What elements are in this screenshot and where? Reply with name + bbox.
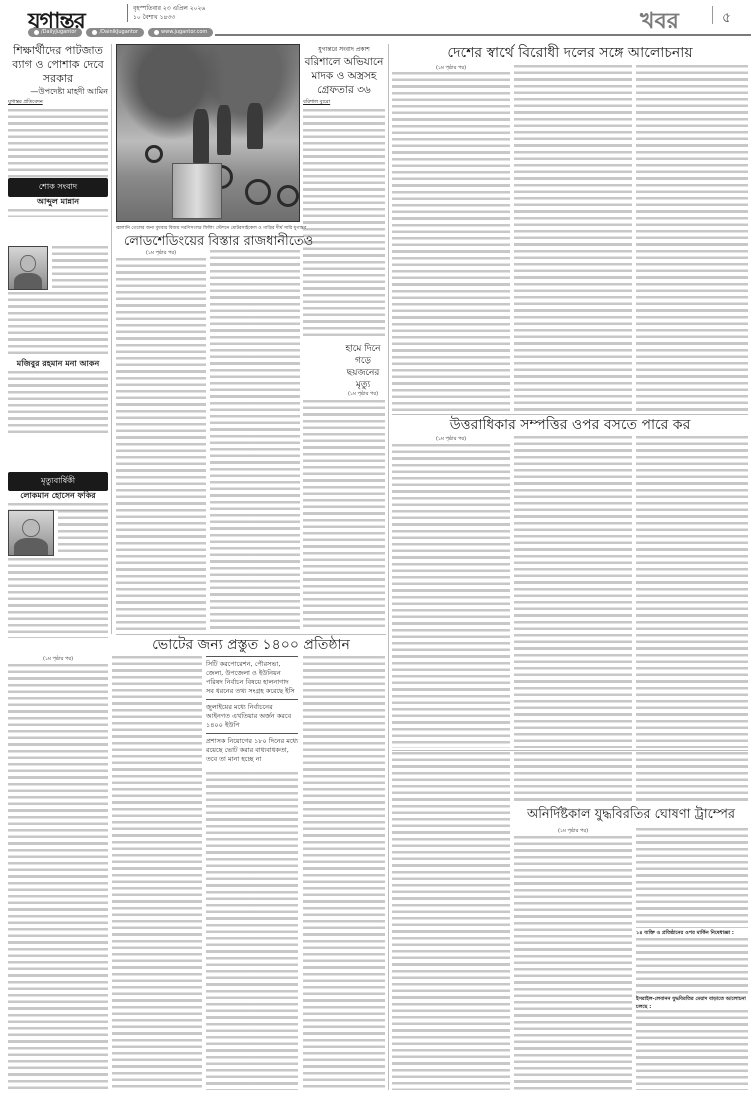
- story-opposition-talks: দেশের স্বার্থে বিরোধী দলের সঙ্গে আলোচনায…: [392, 44, 748, 62]
- date-bengali: ১০ বৈশাখ ১৪৩৩: [133, 13, 205, 22]
- story-measles-deaths: হামে দিনে গড়ে ছয়জনের মৃত্যু (১ম পৃষ্ঠা…: [340, 343, 386, 399]
- social-link-x[interactable]: /DailyJugantor: [28, 28, 82, 37]
- anniv-name: লোকমান হোসেন ফকির: [8, 490, 108, 503]
- vote-body-col1: [8, 664, 108, 1090]
- obit-name: আব্দুল মান্নান: [8, 196, 108, 209]
- obit-name: মজিবুর রহমান মনা আকন: [8, 358, 108, 371]
- story-barishal-drive: যুগান্তরে সংবাদ প্রকাশ বরিশালে অভিযানে ম…: [303, 44, 385, 337]
- obituary-abdul-mannan: আব্দুল মান্নান: [8, 196, 108, 217]
- continued-label: (১ম পৃষ্ঠার পর): [8, 656, 108, 664]
- vote-subheads: সিটি করপোরেশন, পৌরসভা, জেলা, উপজেলা ও ইউ…: [206, 656, 298, 767]
- news-photo-fuel-queue: [116, 44, 300, 222]
- date-block: বৃহস্পতিবার ২৩ এপ্রিল ২০২৬ ১০ বৈশাখ ১৪৩৩: [133, 4, 205, 22]
- vote-body-col2: [112, 656, 202, 1090]
- date-gregorian: বৃহস্পতিবার ২৩ এপ্রিল ২০২৬: [133, 4, 205, 13]
- opposition-body-col2: [514, 65, 632, 412]
- trump-subhead-sanctions: ১৪ ব্যক্তি ও প্রতিষ্ঠানের ওপর মার্কিন নি…: [636, 930, 748, 938]
- portrait-abdul-mannan: [8, 246, 48, 290]
- anniv-text-side: [58, 510, 108, 556]
- kicker: যুগান্তরে সংবাদ প্রকাশ: [303, 44, 385, 55]
- story-divider: [392, 750, 748, 751]
- headline: শিক্ষার্থীদের পাটজাত ব্যাগ ও পোশাক দেবে …: [8, 44, 108, 86]
- obit-text-side: [52, 246, 108, 290]
- anniv-text: [8, 558, 108, 638]
- section-name: খবর: [640, 4, 679, 41]
- story-divider: [392, 414, 748, 415]
- obituary-band: শোক সংবাদ: [8, 178, 108, 197]
- social-link-facebook[interactable]: /DainikJugantor: [86, 28, 144, 37]
- obit-text: [8, 371, 108, 437]
- continued-label: (১ম পৃষ্ঠার পর): [392, 436, 510, 444]
- body-text: [8, 109, 108, 181]
- vote-body-col4: [303, 656, 385, 1090]
- headline: অনির্দিষ্টকাল যুদ্ধবিরতির ঘোষণা ট্রাম্পে…: [514, 806, 748, 824]
- subhead-2: জুলাইয়ের মধ্যে নির্বাচনের আইনগত এখতিয়া…: [206, 699, 298, 733]
- story-jute-bags: শিক্ষার্থীদের পাটজাত ব্যাগ ও পোশাক দেবে …: [8, 44, 108, 181]
- continued-label: (১ম পৃষ্ঠার পর): [116, 250, 206, 258]
- opposition-body-col1: [392, 72, 510, 412]
- social-link-website[interactable]: www.jugantor.com: [148, 28, 213, 37]
- trump-body-col2: [636, 828, 748, 928]
- globe-icon: [154, 30, 159, 35]
- byline: যুগান্তর প্রতিবেদন: [8, 99, 108, 107]
- inheritance-body-col3: [636, 436, 748, 748]
- facebook-icon: [92, 30, 97, 35]
- story-inheritance-tax: উত্তরাধিকার সম্পত্তির ওপর বসতে পারে কর: [392, 416, 748, 434]
- inheritance-tail-col1: [392, 752, 510, 1090]
- trump-body-col2b: [636, 938, 748, 994]
- trump-body-col2c: [636, 1010, 748, 1090]
- portrait-lokman-hossain: [8, 510, 54, 556]
- opposition-body-col3: [636, 65, 748, 412]
- inheritance-body-col2: [514, 436, 632, 748]
- continued-label: (১ম পৃষ্ঠার পর): [514, 828, 632, 836]
- vote-body-col3: [206, 772, 298, 1090]
- x-icon: [34, 30, 39, 35]
- headline: দেশের স্বার্থে বিরোধী দলের সঙ্গে আলোচনায…: [392, 44, 748, 62]
- story-divider: [116, 634, 386, 635]
- story-vote-preparation: ভোটের জন্য প্রস্তুত ১৪০০ প্রতিষ্ঠান: [116, 636, 386, 654]
- continued-label: (১ম পৃষ্ঠার পর): [340, 391, 386, 399]
- logo-divider: [127, 4, 128, 22]
- column-divider: [111, 44, 112, 634]
- subhead-1: সিটি করপোরেশন, পৌরসভা, জেলা, উপজেলা ও ইউ…: [206, 656, 298, 699]
- byline: বরিশাল ব্যুরো: [303, 99, 385, 107]
- inheritance-tail-col3: [636, 752, 748, 804]
- subhead-3: প্রশাসক নিয়োগের ১৮০ দিনের মধ্যে রয়েছে …: [206, 733, 298, 767]
- inheritance-tail-col2: [514, 752, 632, 804]
- body-text: [303, 109, 385, 337]
- headline: ভোটের জন্য প্রস্তুত ১৪০০ প্রতিষ্ঠান: [116, 636, 386, 654]
- masthead: যুগান্তর বৃহস্পতিবার ২৩ এপ্রিল ২০২৬ ১০ ব…: [0, 0, 751, 42]
- column-divider: [388, 634, 389, 1090]
- social-links: /DailyJugantor /DainikJugantor www.jugan…: [28, 28, 213, 37]
- loadshedding-body-col1: [116, 258, 206, 630]
- column-divider: [388, 44, 389, 634]
- obit-intro: [8, 209, 108, 217]
- death-anniv-lokman: লোকমান হোসেন ফকির: [8, 490, 108, 511]
- measles-body-text: [303, 400, 385, 630]
- inheritance-body-col1: [392, 444, 510, 748]
- story-trump-ceasefire: অনির্দিষ্টকাল যুদ্ধবিরতির ঘোষণা ট্রাম্পে…: [514, 806, 748, 824]
- trump-body-col1: [514, 836, 632, 1090]
- subhead: —উপদেষ্টা মাহদী আমিন: [8, 86, 108, 97]
- obit-text: [8, 292, 108, 358]
- death-anniversary-band: মৃত্যুবার্ষিকী: [8, 472, 108, 491]
- loadshedding-body-col2: [210, 250, 300, 630]
- headline: বরিশালে অভিযানে মাদক ও অস্ত্রসহ গ্রেফতার…: [303, 55, 385, 97]
- obituary-mojibur: মজিবুর রহমান মনা আকন: [8, 358, 108, 437]
- headline: হামে দিনে গড়ে ছয়জনের মৃত্যু: [340, 343, 386, 391]
- page-number: ৫: [722, 6, 731, 30]
- headline: উত্তরাধিকার সম্পত্তির ওপর বসতে পারে কর: [392, 416, 748, 434]
- section-divider: [712, 6, 713, 24]
